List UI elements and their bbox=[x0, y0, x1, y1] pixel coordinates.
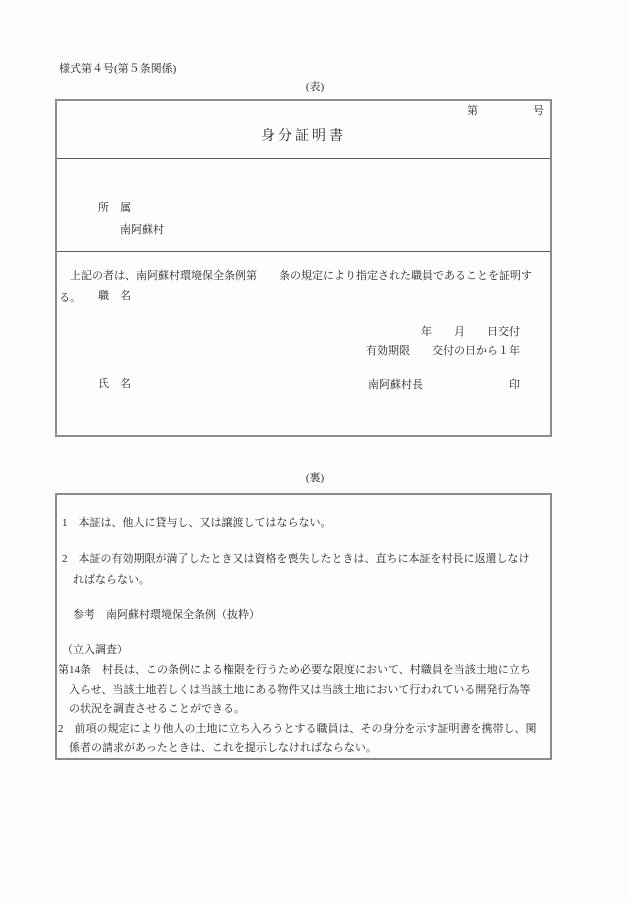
back-rule-1: 1 本証は、他人に貸与し、又は譲渡してはならない。 bbox=[58, 513, 544, 534]
seal-mark: 印 bbox=[509, 376, 520, 395]
back-rule-2: 2 本証の有効期限が満了したとき又は資格を喪失したときは、直ちに本証を村長に返還… bbox=[58, 549, 544, 591]
article14-paragraph1: 第14条 村長は、この条例による権限を行うため必要な限度において、村職員を当該土… bbox=[58, 661, 544, 720]
job-title-label: 職 名 bbox=[98, 285, 131, 307]
affiliation-label: 所 属 bbox=[98, 197, 131, 219]
certificate-title: 身分証明書 bbox=[57, 127, 550, 147]
certification-statement: 上記の者は、南阿蘇村環境保全条例第 条の規定により指定された職員であることを証明… bbox=[59, 265, 550, 309]
issue-date-line: 年 月 日交付 bbox=[59, 323, 550, 342]
back-side-label: (裏) bbox=[0, 471, 630, 486]
name-label: 氏 名 bbox=[98, 373, 131, 395]
certificate-header-section: 第 号 身分証明書 bbox=[57, 101, 550, 159]
document-page: 様式第４号(第５条関係) (表) 第 号 身分証明書 所 属 南阿蘇村 職 名 … bbox=[0, 0, 630, 903]
field-row-affiliation: 所 属 南阿蘇村 bbox=[76, 175, 550, 263]
affiliation-value: 南阿蘇村 bbox=[120, 224, 164, 236]
issuer-name: 南阿蘇村長 bbox=[368, 376, 423, 395]
issuer-row: 南阿蘇村長 印 bbox=[368, 376, 520, 395]
article14-paragraph2: 2 前項の規定により他人の土地に立ち入ろうとする職員は、その身分を示す証明書を携… bbox=[58, 720, 544, 759]
front-side-label: (表) bbox=[0, 80, 630, 95]
holder-fields-section: 所 属 南阿蘇村 職 名 氏 名 bbox=[57, 159, 550, 252]
reference-note: 参考 南阿蘇村環境保全条例（抜粋） bbox=[58, 605, 544, 626]
certificate-back-box: 1 本証は、他人に貸与し、又は譲渡してはならない。 2 本証の有効期限が満了した… bbox=[55, 493, 552, 760]
certificate-front-box: 第 号 身分証明書 所 属 南阿蘇村 職 名 氏 名 上記の者は、南阿蘇村環境保… bbox=[55, 99, 552, 437]
article-heading: （立入調査） bbox=[58, 640, 544, 661]
form-number-note: 様式第４号(第５条関係) bbox=[59, 61, 176, 77]
certificate-number-line: 第 号 bbox=[57, 104, 550, 118]
validity-line: 有効期限 交付の日から１年 bbox=[59, 342, 550, 361]
